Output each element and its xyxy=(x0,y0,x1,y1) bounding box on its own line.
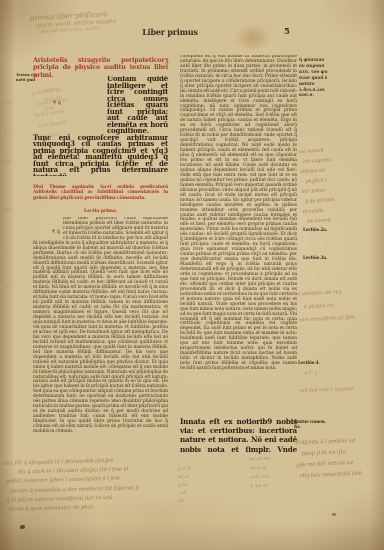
handwriting-line: obʒ fuīs vniuerſaliū ſalē xyxy=(300,469,363,483)
margin-note-lectio-4: Lectiōe.4. xyxy=(298,361,320,366)
lectio-prima-label: Lectio prima. xyxy=(33,208,168,214)
handwriting-line: mī ul' xyxy=(178,474,191,482)
margin-scribble: ē ꝯ xyxy=(2,248,10,255)
handwriting-line: ē me nō xyxy=(250,482,271,492)
handwriting-line: mī ad me xyxy=(249,455,270,465)
commentary-right-column: cōſequens eſt q̄ ens mobile ſit ſubiectū… xyxy=(180,55,297,415)
running-title: Liber primus xyxy=(130,27,210,37)
book-page: Liber primus 5 primus liber phiſicorū qu… xyxy=(0,0,384,550)
handwritten-note-bottom-main: alia ſūt q̄ aſequndū iō ī p̄ticularib9 a… xyxy=(3,456,139,515)
textus-secundus-block: Innata eſt ex notiorib9 nobis via: et ce… xyxy=(180,417,297,455)
margin-scribble: q̄ ē xyxy=(4,129,12,135)
handwritten-note-right-margin-3: mō deē coīs l' augmēs xyxy=(300,387,354,394)
ink-blot xyxy=(20,525,25,529)
ink-stain xyxy=(234,24,272,52)
ink-speck xyxy=(332,513,336,516)
margin-scribble: ſcīa xyxy=(3,207,12,214)
handwriting-line: ſm thomā xyxy=(307,216,336,228)
margin-note-greek: ἡ φύσικοσ ου ακροασ ατό. του φυ σιοσ quo… xyxy=(299,57,341,98)
handwritten-mark-under-lectio4: q̄ 2° ꝫ xyxy=(304,370,317,376)
handwritten-note-bottom-right-b: Trāſcritū ē ī pmīſsis ad p̄pīqī p̄ fe ir… xyxy=(295,436,362,483)
handwritten-note-top-left: primus liber phiſicorū quem vocāt phiſic… xyxy=(30,10,117,35)
handwriting-line: cām demōſtrāt ad p̄fm̄ xyxy=(298,312,355,328)
margin-note-lectio-3: Lectiōe.3a. xyxy=(303,256,327,261)
folio-number: 5 xyxy=(284,27,290,37)
handwritten-note-bottom-right-a: mī ad me nō in aī vnū ī me ē me nō xyxy=(249,455,271,492)
handwritten-note-right-margin-2: ē planatio aīe ruꝫ ē pīcipia cā cām demō… xyxy=(297,286,355,328)
textus-primus-block: ariſtotil' de cauſis p̄mis Uoniam quidē … xyxy=(33,76,168,176)
greek-line: κοσ.σ. xyxy=(299,92,341,98)
paragraph-indent-space xyxy=(33,217,63,237)
handwriting-line: nō xyxy=(178,498,191,506)
margin-note-textus-comen: Textus comen. &c. xyxy=(294,421,338,431)
margin-scribble: nōīa xyxy=(1,159,11,165)
margin-note-lectio-2: Lectiōe.2a. xyxy=(303,228,327,233)
blank-initial-space: ariſtotil' de cauſis p̄mis xyxy=(33,76,107,134)
handwritten-note-bottom-mid: q̄ ia fi mī ul' q̄ fuī ī ad nō xyxy=(177,466,191,506)
margin-scribble: ꝯ nō xyxy=(1,99,12,107)
handwritten-note-right-margin-1: mō naturā aīe cognitio vtiliōes ad phyſi… xyxy=(298,146,336,228)
margin-scribble: q̄ʒ xyxy=(5,284,11,290)
commentary-text: Iſte liber phyſicorū cuius expoſitione i… xyxy=(33,217,168,434)
commentary-heading-red: Diui Thome aquinatis ſacri ordinis predi… xyxy=(33,185,168,201)
margin-note-line: &c. xyxy=(294,426,338,431)
commentary-left-column: Iſte liber phyſicorū cuius expoſitione i… xyxy=(33,217,168,460)
